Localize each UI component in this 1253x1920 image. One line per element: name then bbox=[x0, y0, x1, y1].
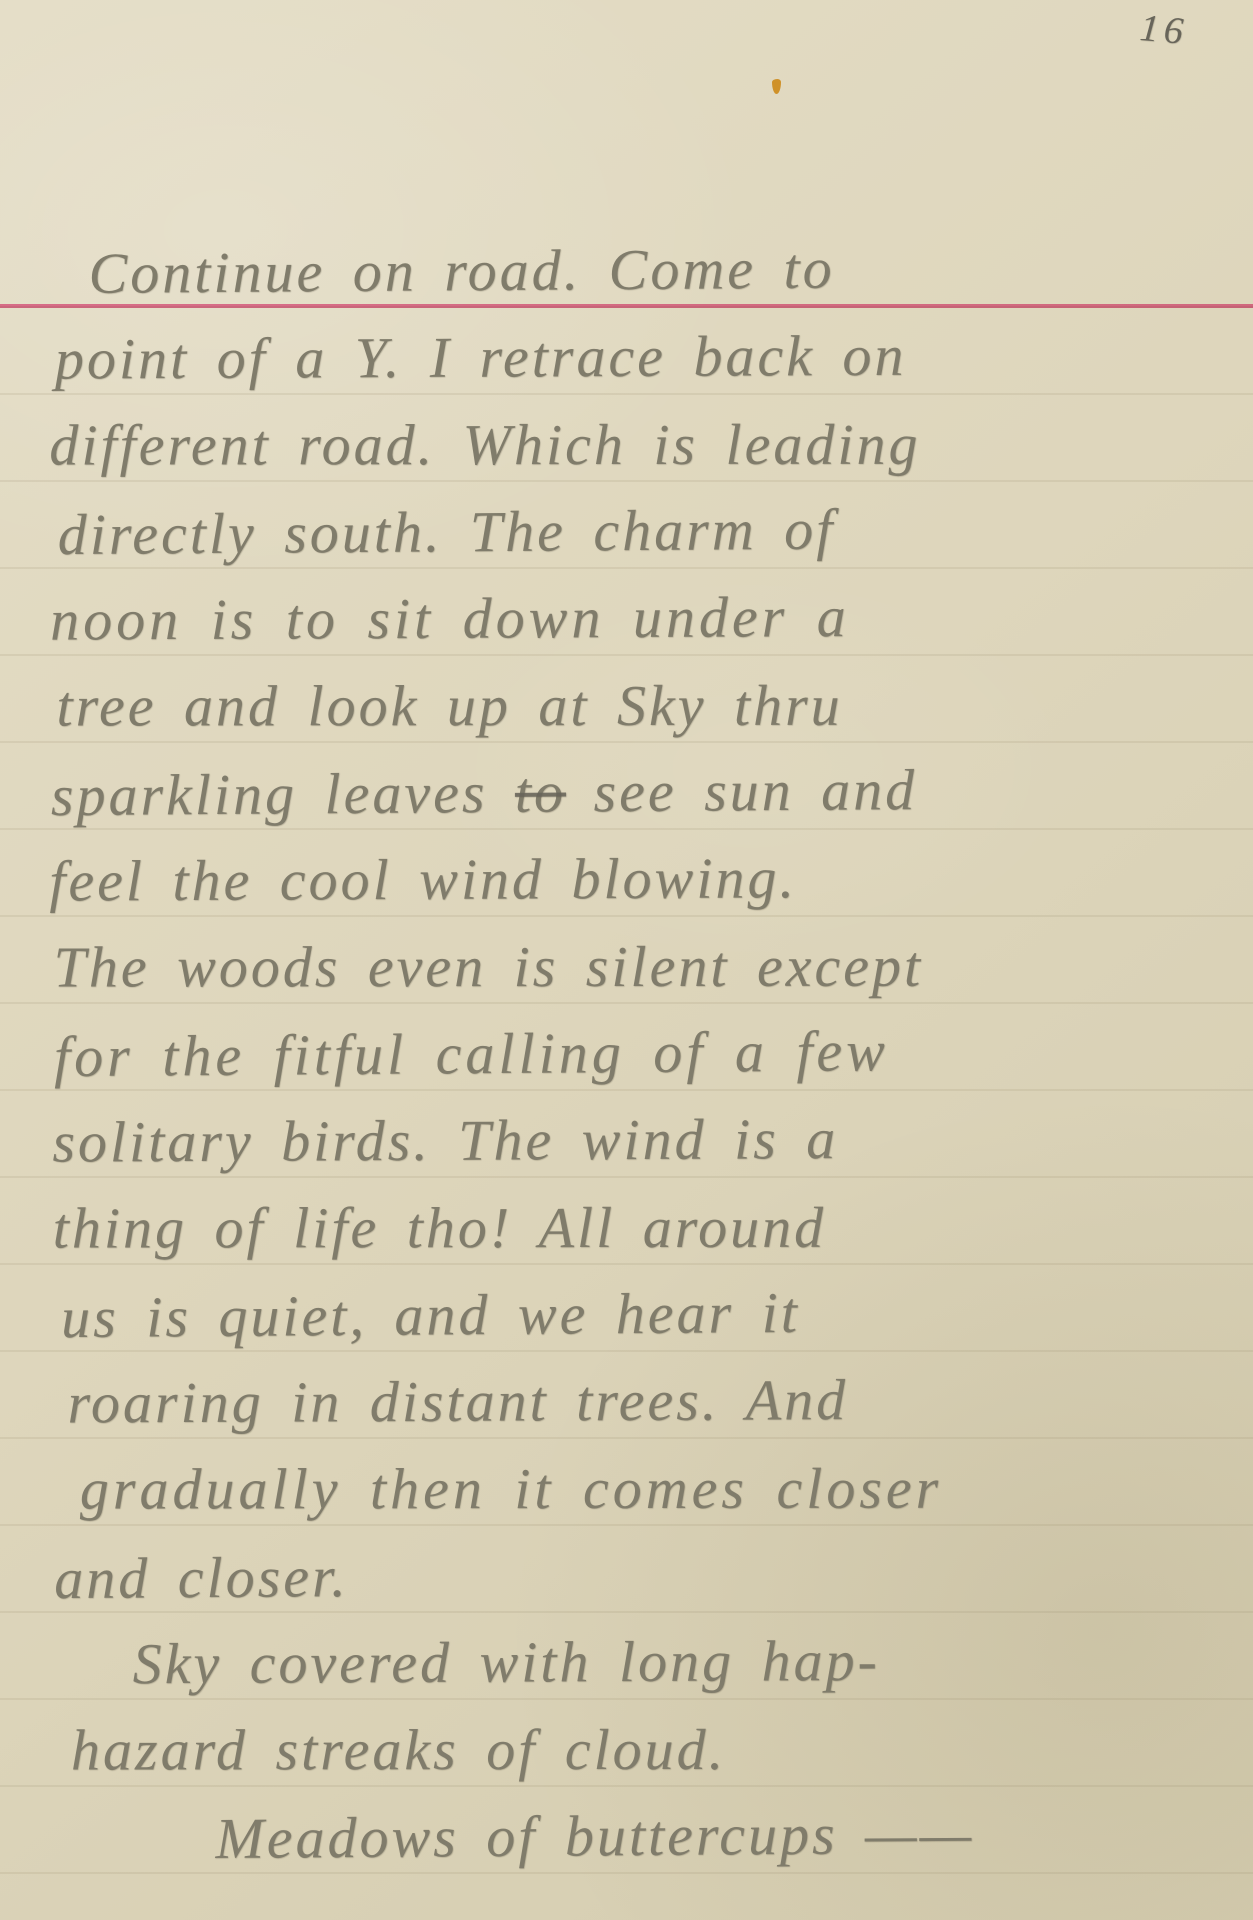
handwritten-line: us is quiet, and we hear it bbox=[51, 1266, 1242, 1361]
handwritten-line: Continue on road. Come to bbox=[46, 222, 1237, 317]
handwritten-text-segment: Continue on road. Come to bbox=[88, 236, 834, 306]
handwritten-text-segment: and closer. bbox=[54, 1544, 349, 1611]
handwritten-text-segment: point of a Y. I retrace back on bbox=[55, 323, 907, 392]
handwritten-text-segment: roaring in distant trees. And bbox=[67, 1367, 848, 1435]
handwritten-text-segment: Meadows of buttercups —— bbox=[215, 1801, 974, 1871]
handwritten-line: for the fitful calling of a few bbox=[50, 1005, 1241, 1100]
handwritten-line: different road. Which is leading bbox=[47, 400, 1237, 488]
handwritten-line: The woods even is silent except bbox=[50, 922, 1240, 1010]
handwriting-block: Continue on road. Come topoint of a Y. I… bbox=[46, 223, 1243, 1881]
handwritten-line: tree and look up at Sky thru bbox=[48, 661, 1238, 749]
handwritten-text-segment: feel the cool wind blowing. bbox=[49, 845, 797, 913]
handwritten-text-segment: sparkling leaves bbox=[51, 760, 515, 828]
handwritten-text-segment: see sun and bbox=[566, 757, 918, 824]
notebook-page: 16 Continue on road. Come topoint of a Y… bbox=[0, 0, 1253, 1920]
handwritten-text-segment: tree and look up at Sky thru bbox=[56, 673, 842, 739]
handwritten-line: feel the cool wind blowing. bbox=[49, 832, 1239, 924]
handwritten-line: noon is to sit down under a bbox=[48, 571, 1238, 663]
handwritten-text-segment: noon is to sit down under a bbox=[50, 584, 850, 652]
handwritten-text-segment: hazard streaks of cloud. bbox=[71, 1717, 726, 1783]
handwritten-line: thing of life tho! All around bbox=[51, 1183, 1241, 1271]
struck-out-word: to bbox=[515, 760, 567, 825]
page-number: 16 bbox=[1138, 6, 1190, 54]
handwritten-text-segment: solitary birds. The wind is a bbox=[52, 1106, 838, 1174]
handwritten-text-segment: thing of life tho! All around bbox=[53, 1195, 826, 1261]
handwritten-line: roaring in distant trees. And bbox=[51, 1354, 1241, 1446]
handwritten-text-segment: gradually then it comes closer bbox=[80, 1456, 942, 1522]
handwritten-text-segment: us is quiet, and we hear it bbox=[61, 1280, 800, 1350]
handwritten-line: hazard streaks of cloud. bbox=[53, 1705, 1243, 1793]
handwritten-text-segment: Sky covered with long hap- bbox=[133, 1628, 881, 1696]
handwritten-line: Meadows of buttercups —— bbox=[53, 1788, 1244, 1883]
handwritten-text-segment: The woods even is silent except bbox=[54, 934, 923, 1000]
handwritten-text-segment: for the fitful calling of a few bbox=[54, 1018, 889, 1089]
handwritten-line: solitary birds. The wind is a bbox=[50, 1093, 1240, 1185]
handwritten-line: and closer. bbox=[52, 1527, 1243, 1622]
handwritten-line: directly south. The charm of bbox=[47, 483, 1238, 578]
handwritten-line: gradually then it comes closer bbox=[52, 1444, 1242, 1532]
handwritten-line: Sky covered with long hap- bbox=[52, 1615, 1242, 1707]
handwritten-line: point of a Y. I retrace back on bbox=[47, 310, 1237, 402]
paper-speck bbox=[772, 79, 781, 94]
handwritten-line: sparkling leaves to see sun and bbox=[49, 744, 1240, 839]
handwritten-text-segment: directly south. The charm of bbox=[58, 497, 836, 567]
handwritten-text-segment: different road. Which is leading bbox=[49, 412, 920, 478]
